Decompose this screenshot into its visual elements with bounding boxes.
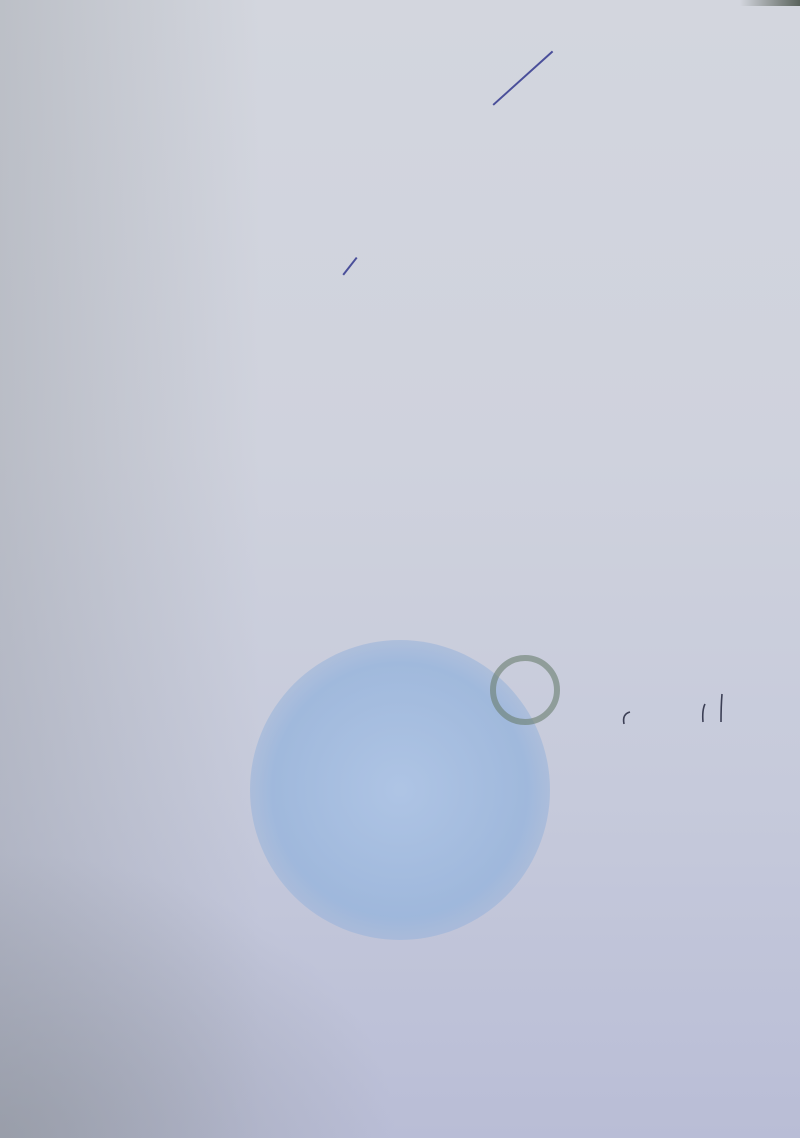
stamp-arc-text	[255, 630, 555, 740]
pen-stroke	[492, 51, 552, 106]
background-corner	[740, 0, 800, 6]
paper-shadow	[0, 0, 260, 1138]
signature-stroke	[600, 690, 740, 730]
pen-stroke	[342, 257, 357, 275]
